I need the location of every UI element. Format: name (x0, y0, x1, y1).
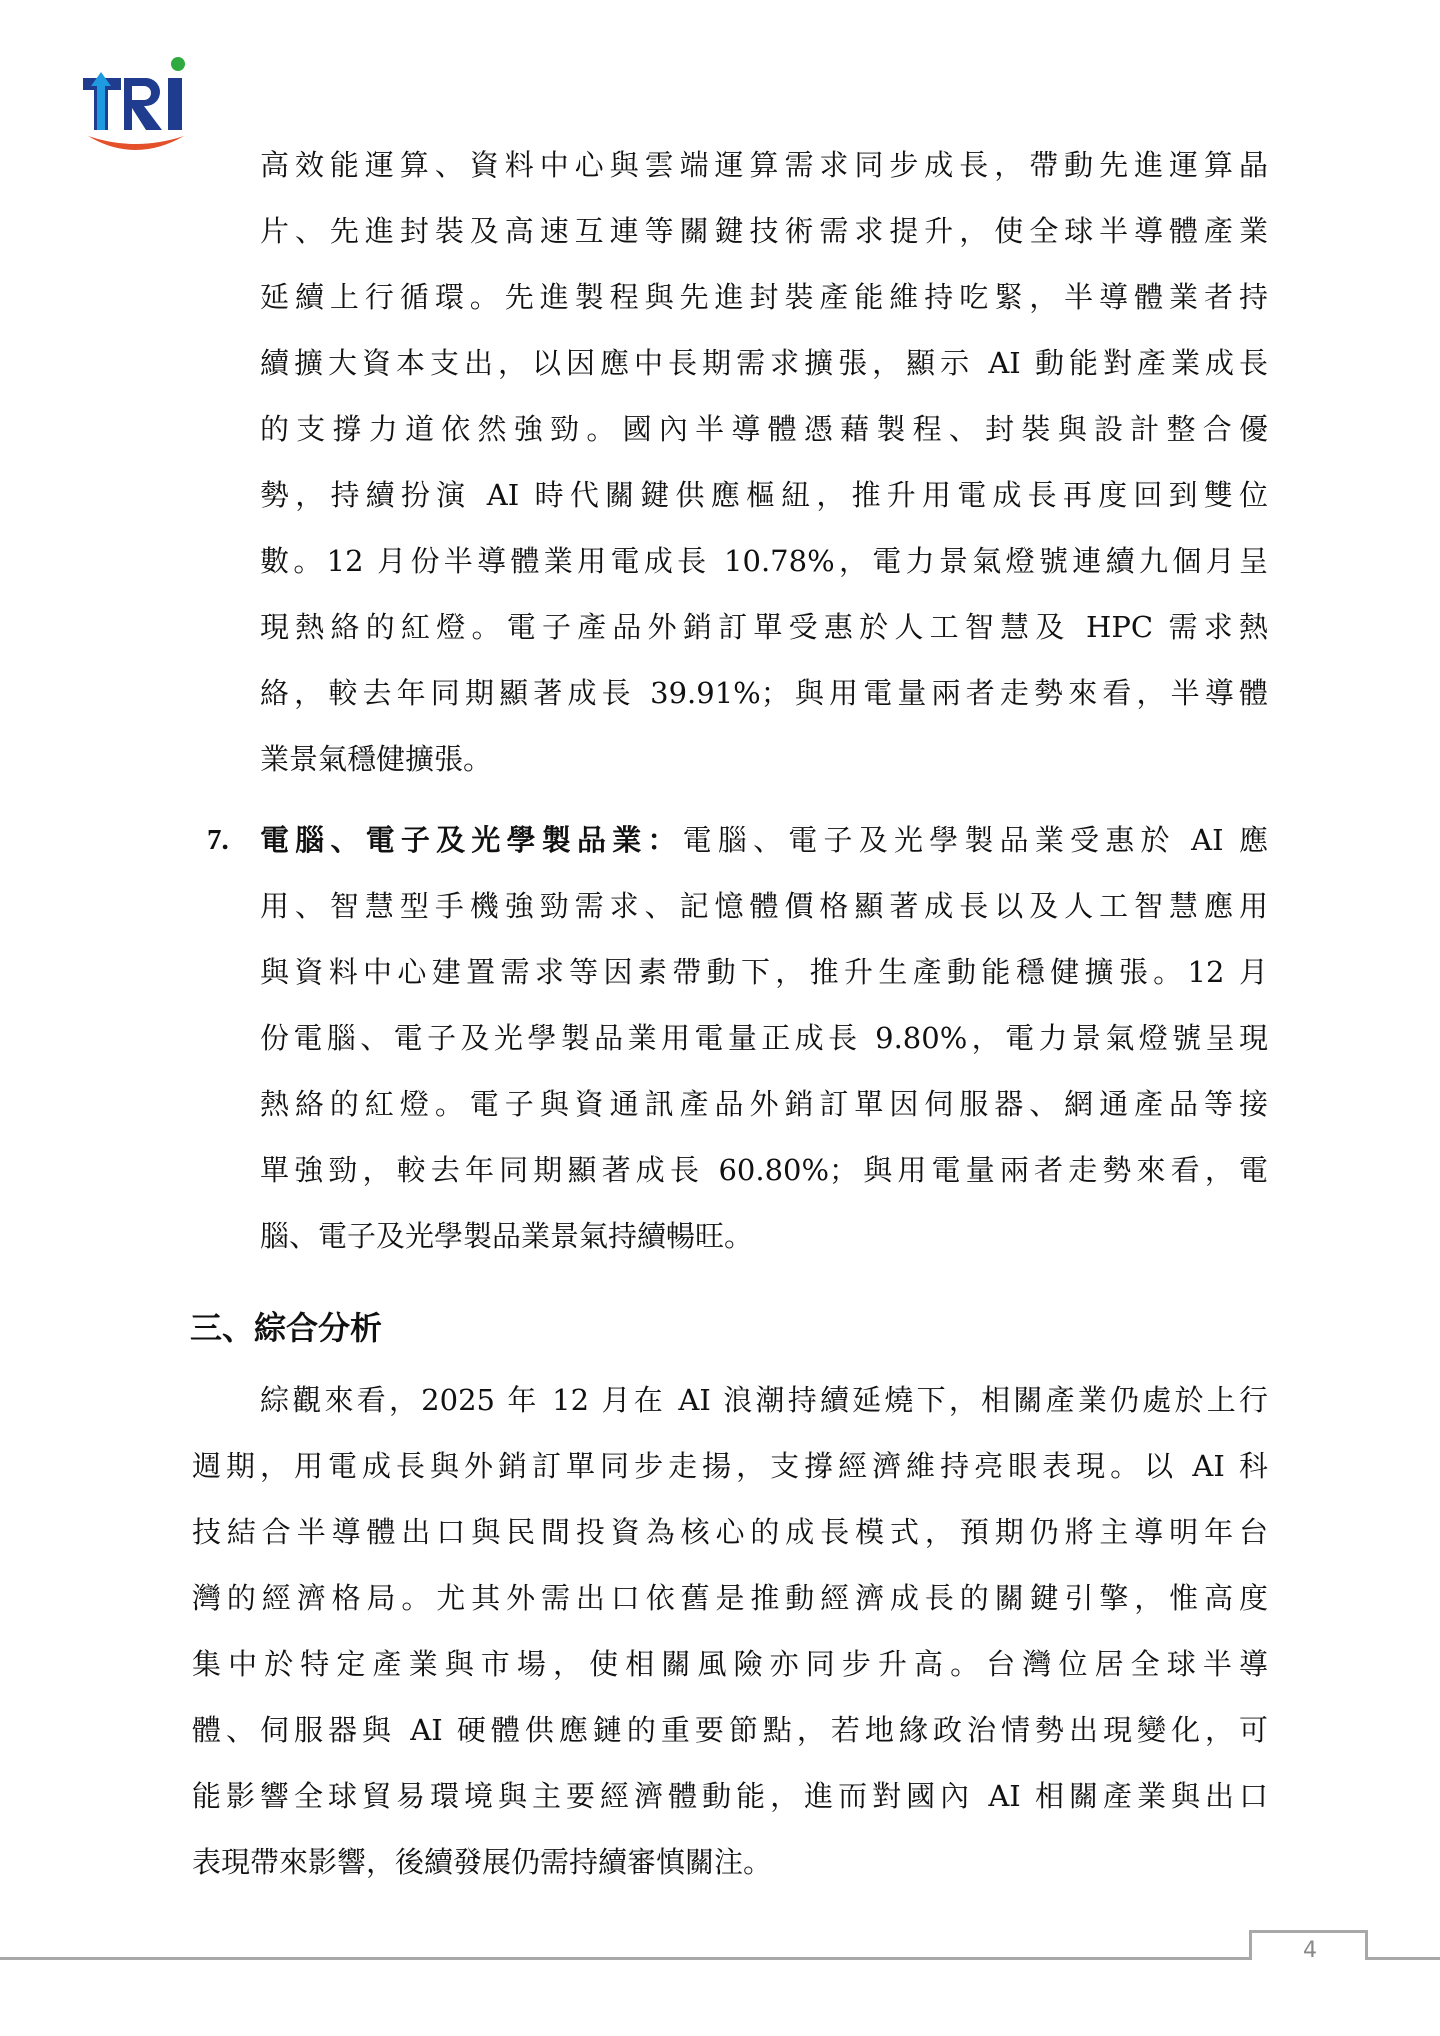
paragraph-line: 與資料中心建置需求等因素帶動下，推升生產動能穩健擴張。12 月 (260, 952, 1268, 992)
paragraph-line: 現熱絡的紅燈。電子產品外銷訂單受惠於人工智慧及 HPC 需求熱 (260, 607, 1268, 647)
footer-tab-top (1249, 1930, 1367, 1933)
page-number: 4 (1290, 1938, 1330, 1963)
list-number: 7. (207, 820, 229, 860)
paragraph-line: 能影響全球貿易環境與主要經濟體動能，進而對國內 AI 相關產業與出口 (192, 1776, 1268, 1816)
paragraph-line: 灣的經濟格局。尤其外需出口依舊是推動經濟成長的關鍵引擎，惟高度 (192, 1578, 1268, 1618)
paragraph-line: 數。12 月份半導體業用電成長 10.78%，電力景氣燈號連續九個月呈 (260, 541, 1268, 581)
paragraph-line: 份電腦、電子及光學製品業用電量正成長 9.80%，電力景氣燈號呈現 (260, 1018, 1268, 1058)
item-title: 電腦、電子及光學製品業： (260, 823, 683, 857)
paragraph-line: 表現帶來影響，後續發展仍需持續審慎關注。 (192, 1842, 1268, 1882)
section-heading: 三、綜合分析 (190, 1307, 382, 1349)
footer-rule-right (1365, 1957, 1440, 1960)
paragraph-line: 業景氣穩健擴張。 (260, 739, 1268, 779)
tri-logo (80, 56, 190, 156)
footer-tab-left-edge (1249, 1930, 1252, 1960)
paragraph-line: 高效能運算、資料中心與雲端運算需求同步成長，帶動先進運算晶 (260, 145, 1268, 185)
item-first-line: 電腦、電子及光學製品業：電腦、電子及光學製品業受惠於 AI 應 (260, 820, 1268, 860)
paragraph-line: 延續上行循環。先進製程與先進封裝產能維持吃緊，半導體業者持 (260, 277, 1268, 317)
paragraph-line: 技結合半導體出口與民間投資為核心的成長模式，預期仍將主導明年台 (192, 1512, 1268, 1552)
item-text: 電腦、電子及光學製品業受惠於 AI 應 (683, 823, 1268, 857)
paragraph-first-line: 綜觀來看，2025 年 12 月在 AI 浪潮持續延燒下，相關產業仍處於上行 (260, 1380, 1268, 1420)
paragraph-line: 腦、電子及光學製品業景氣持續暢旺。 (260, 1216, 1268, 1256)
paragraph-line: 勢，持續扮演 AI 時代關鍵供應樞紐，推升用電成長再度回到雙位 (260, 475, 1268, 515)
paragraph-line: 片、先進封裝及高速互連等關鍵技術需求提升，使全球半導體產業 (260, 211, 1268, 251)
footer-rule-left (0, 1957, 1251, 1960)
paragraph-line: 集中於特定產業與市場，使相關風險亦同步升高。台灣位居全球半導 (192, 1644, 1268, 1684)
paragraph-line: 續擴大資本支出，以因應中長期需求擴張，顯示 AI 動能對產業成長 (260, 343, 1268, 383)
paragraph-line: 體、伺服器與 AI 硬體供應鏈的重要節點，若地緣政治情勢出現變化，可 (192, 1710, 1268, 1750)
paragraph-line: 的支撐力道依然強勁。國內半導體憑藉製程、封裝與設計整合優 (260, 409, 1268, 449)
paragraph-line: 熱絡的紅燈。電子與資通訊產品外銷訂單因伺服器、網通產品等接 (260, 1084, 1268, 1124)
paragraph-line: 單強勁，較去年同期顯著成長 60.80%；與用電量兩者走勢來看，電 (260, 1150, 1268, 1190)
paragraph-line: 絡，較去年同期顯著成長 39.91%；與用電量兩者走勢來看，半導體 (260, 673, 1268, 713)
footer-tab-right-edge (1365, 1930, 1368, 1960)
paragraph-line: 週期，用電成長與外銷訂單同步走揚，支撐經濟維持亮眼表現。以 AI 科 (192, 1446, 1268, 1486)
paragraph-line: 用、智慧型手機強勁需求、記憶體價格顯著成長以及人工智慧應用 (260, 886, 1268, 926)
